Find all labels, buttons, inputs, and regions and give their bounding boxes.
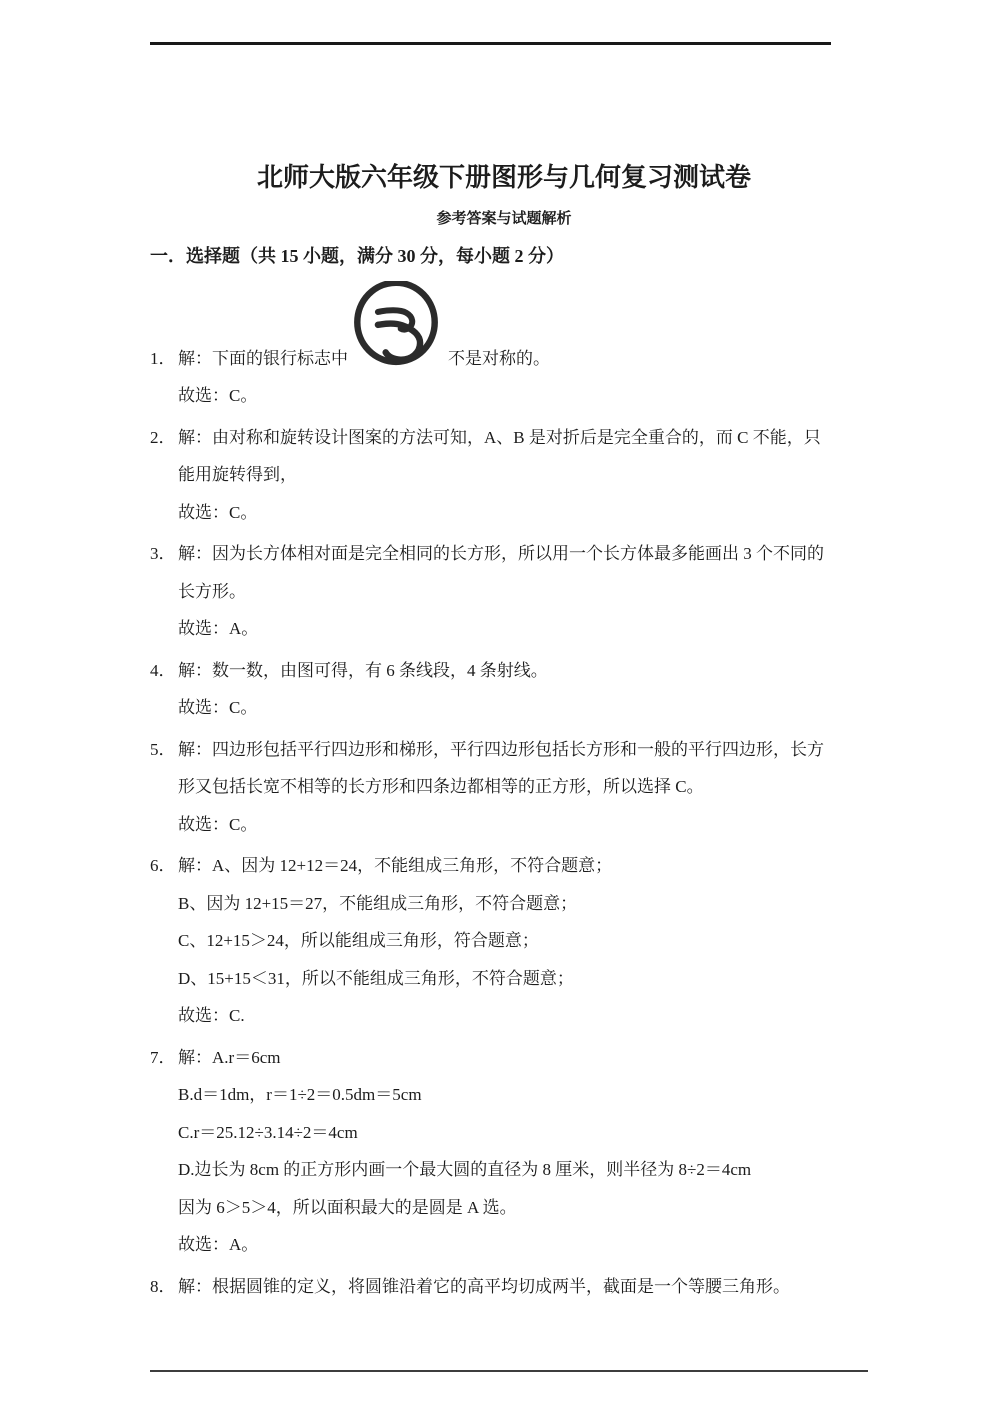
question-3: 3．解：因为长方体相对面是完全相同的长方形，所以用一个长方体最多能画出 3 个不…: [150, 535, 858, 648]
question-number: 7．: [150, 1039, 178, 1077]
answer-line: 故选：C。: [150, 377, 858, 415]
page-subtitle: 参考答案与试题解析: [150, 208, 858, 230]
document-page: 北师大版六年级下册图形与几何复习测试卷 参考答案与试题解析 一．选择题（共 15…: [0, 0, 1000, 1415]
question-7: 7．解：A.r＝6cm B.d＝1dm，r＝1÷2＝0.5dm＝5cm C.r＝…: [150, 1039, 858, 1264]
page-title: 北师大版六年级下册图形与几何复习测试卷: [150, 158, 858, 198]
question-number: 6．: [150, 847, 178, 885]
question-line: 能用旋转得到，: [150, 456, 858, 494]
question-text: 解：四边形包括平行四边形和梯形，平行四边形包括长方形和一般的平行四边形，长方: [178, 740, 824, 759]
answer-line: 故选：C.: [150, 997, 858, 1035]
question-number: 4．: [150, 652, 178, 690]
option-line-d: D、15+15＜31，所以不能组成三角形，不符合题意；: [150, 960, 858, 998]
question-line: 因为 6＞5＞4，所以面积最大的是圆是 A 选。: [150, 1189, 858, 1227]
question-line: 6．解：A、因为 12+12＝24，不能组成三角形，不符合题意；: [150, 847, 858, 885]
question-line: 7．解：A.r＝6cm: [150, 1039, 858, 1077]
question-line: 2．解：由对称和旋转设计图案的方法可知，A、B 是对折后是完全重合的，而 C 不…: [150, 419, 858, 457]
question-text-before-logo: 解：下面的银行标志中: [178, 340, 348, 378]
question-number: 5．: [150, 731, 178, 769]
option-line-b: B、因为 12+15＝27，不能组成三角形，不符合题意；: [150, 885, 858, 923]
question-number: 3．: [150, 535, 178, 573]
document-body: 北师大版六年级下册图形与几何复习测试卷 参考答案与试题解析 一．选择题（共 15…: [150, 0, 858, 1305]
question-5: 5．解：四边形包括平行四边形和梯形，平行四边形包括长方形和一般的平行四边形，长方…: [150, 731, 858, 844]
question-4: 4．解：数一数，由图可得，有 6 条线段，4 条射线。 故选：C。: [150, 652, 858, 727]
section-heading: 一．选择题（共 15 小题，满分 30 分，每小题 2 分）: [150, 243, 858, 269]
question-line: 3．解：因为长方体相对面是完全相同的长方形，所以用一个长方体最多能画出 3 个不…: [150, 535, 858, 573]
footer-rule: [150, 1370, 868, 1372]
answer-line: 故选：A。: [150, 1226, 858, 1264]
option-line-c: C.r＝25.12÷3.14÷2＝4cm: [150, 1114, 858, 1152]
question-text: 解：数一数，由图可得，有 6 条线段，4 条射线。: [178, 661, 548, 680]
answer-line: 故选：A。: [150, 610, 858, 648]
question-2: 2．解：由对称和旋转设计图案的方法可知，A、B 是对折后是完全重合的，而 C 不…: [150, 419, 858, 532]
question-text: 解：根据圆锥的定义，将圆锥沿着它的高平均切成两半，截面是一个等腰三角形。: [178, 1277, 790, 1296]
question-text: 解：A.r＝6cm: [178, 1048, 280, 1067]
question-number: 2．: [150, 419, 178, 457]
option-line-c: C、12+15＞24，所以能组成三角形，符合题意；: [150, 922, 858, 960]
question-6: 6．解：A、因为 12+12＝24，不能组成三角形，不符合题意； B、因为 12…: [150, 847, 858, 1035]
question-text: 解：A、因为 12+12＝24，不能组成三角形，不符合题意；: [178, 856, 612, 875]
question-number: 8．: [150, 1268, 178, 1306]
question-line: 8．解：根据圆锥的定义，将圆锥沿着它的高平均切成两半，截面是一个等腰三角形。: [150, 1268, 858, 1306]
question-number: 1．: [150, 340, 178, 378]
answer-line: 故选：C。: [150, 689, 858, 727]
option-line-b: B.d＝1dm，r＝1÷2＝0.5dm＝5cm: [150, 1076, 858, 1114]
question-8: 8．解：根据圆锥的定义，将圆锥沿着它的高平均切成两半，截面是一个等腰三角形。: [150, 1268, 858, 1306]
answer-line: 故选：C。: [150, 806, 858, 844]
answer-line: 故选：C。: [150, 494, 858, 532]
question-line: 长方形。: [150, 573, 858, 611]
question-1: 1．解：下面的银行标志中 不是对称的。 故选：C。: [150, 281, 858, 415]
question-text-after-logo: 不是对称的。: [448, 340, 550, 378]
question-1-first-line: 1．解：下面的银行标志中 不是对称的。: [150, 281, 858, 377]
question-line: 4．解：数一数，由图可得，有 6 条线段，4 条射线。: [150, 652, 858, 690]
question-text: 解：由对称和旋转设计图案的方法可知，A、B 是对折后是完全重合的，而 C 不能，…: [178, 428, 821, 447]
question-text: 解：因为长方体相对面是完全相同的长方形，所以用一个长方体最多能画出 3 个不同的: [178, 544, 824, 563]
option-line-d: D.边长为 8cm 的正方形内画一个最大圆的直径为 8 厘米，则半径为 8÷2＝…: [150, 1151, 858, 1189]
question-line: 形又包括长宽不相等的长方形和四条边都相等的正方形，所以选择 C。: [150, 768, 858, 806]
bank-logo-icon: [353, 281, 439, 367]
question-line: 5．解：四边形包括平行四边形和梯形，平行四边形包括长方形和一般的平行四边形，长方: [150, 731, 858, 769]
